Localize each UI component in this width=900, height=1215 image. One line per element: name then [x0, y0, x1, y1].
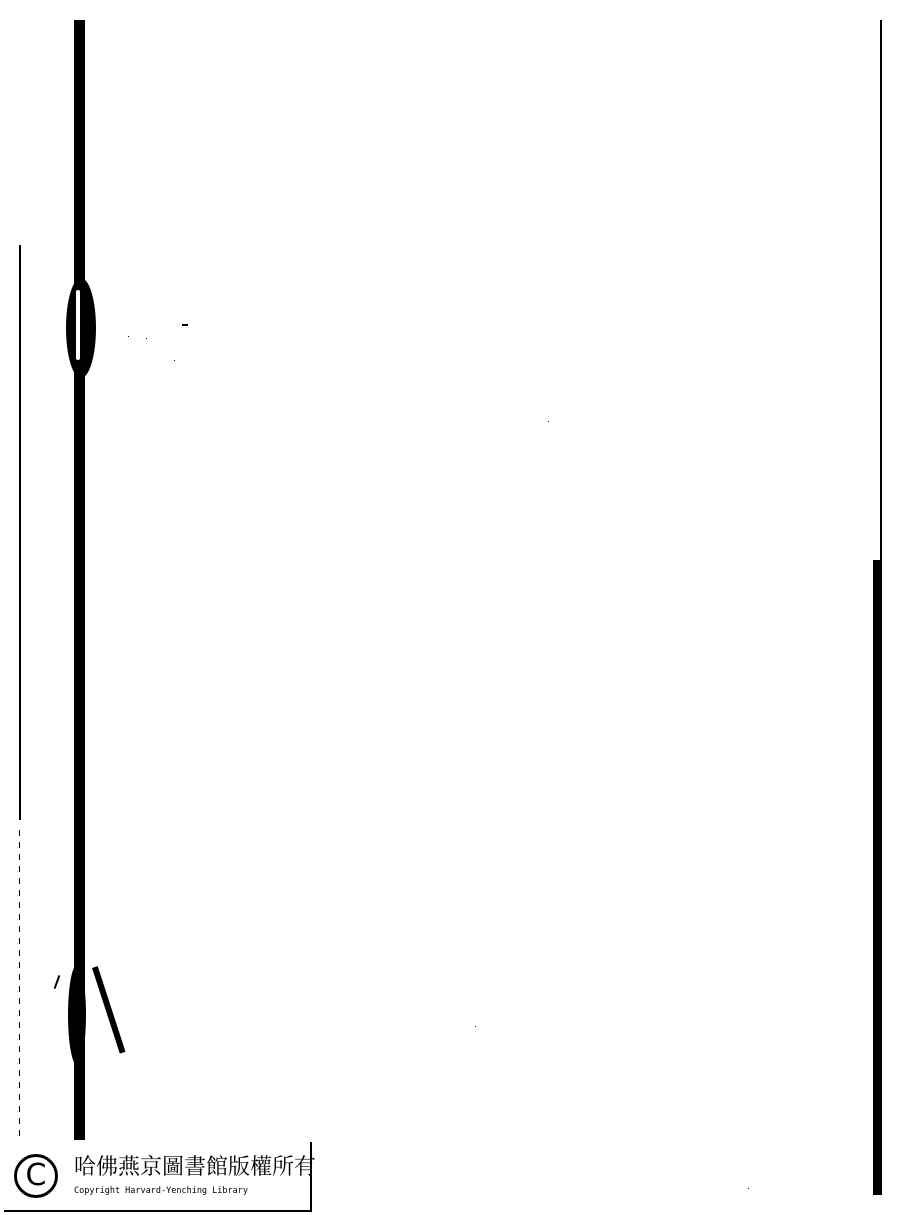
spine-binding-knot-bottom [68, 965, 86, 1065]
watermark-copyright-english: Copyright Harvard-Yenching Library [74, 1186, 248, 1196]
copyright-icon: C [14, 1154, 58, 1198]
scan-speck [548, 421, 549, 422]
scanned-page [0, 0, 900, 1215]
spine-binding-knot-top [66, 278, 96, 378]
scan-speck [182, 324, 188, 326]
scan-speck [174, 360, 175, 361]
right-page-edge-shadow [873, 560, 881, 1195]
copyright-watermark: C 哈佛燕京圖書館版權所有 Copyright Harvard-Yenching… [4, 1142, 312, 1212]
watermark-title-chinese: 哈佛燕京圖書館版權所有 [74, 1150, 316, 1181]
spine-knot-highlight [76, 290, 80, 360]
scan-speck [146, 338, 147, 339]
left-page-edge [19, 245, 21, 820]
scan-speck [748, 1188, 749, 1189]
scan-speck [128, 336, 129, 337]
scan-speck [475, 1026, 476, 1027]
spine-torn-thread [92, 966, 126, 1053]
left-page-edge-dashed [19, 830, 20, 1140]
scan-speck [54, 975, 61, 989]
